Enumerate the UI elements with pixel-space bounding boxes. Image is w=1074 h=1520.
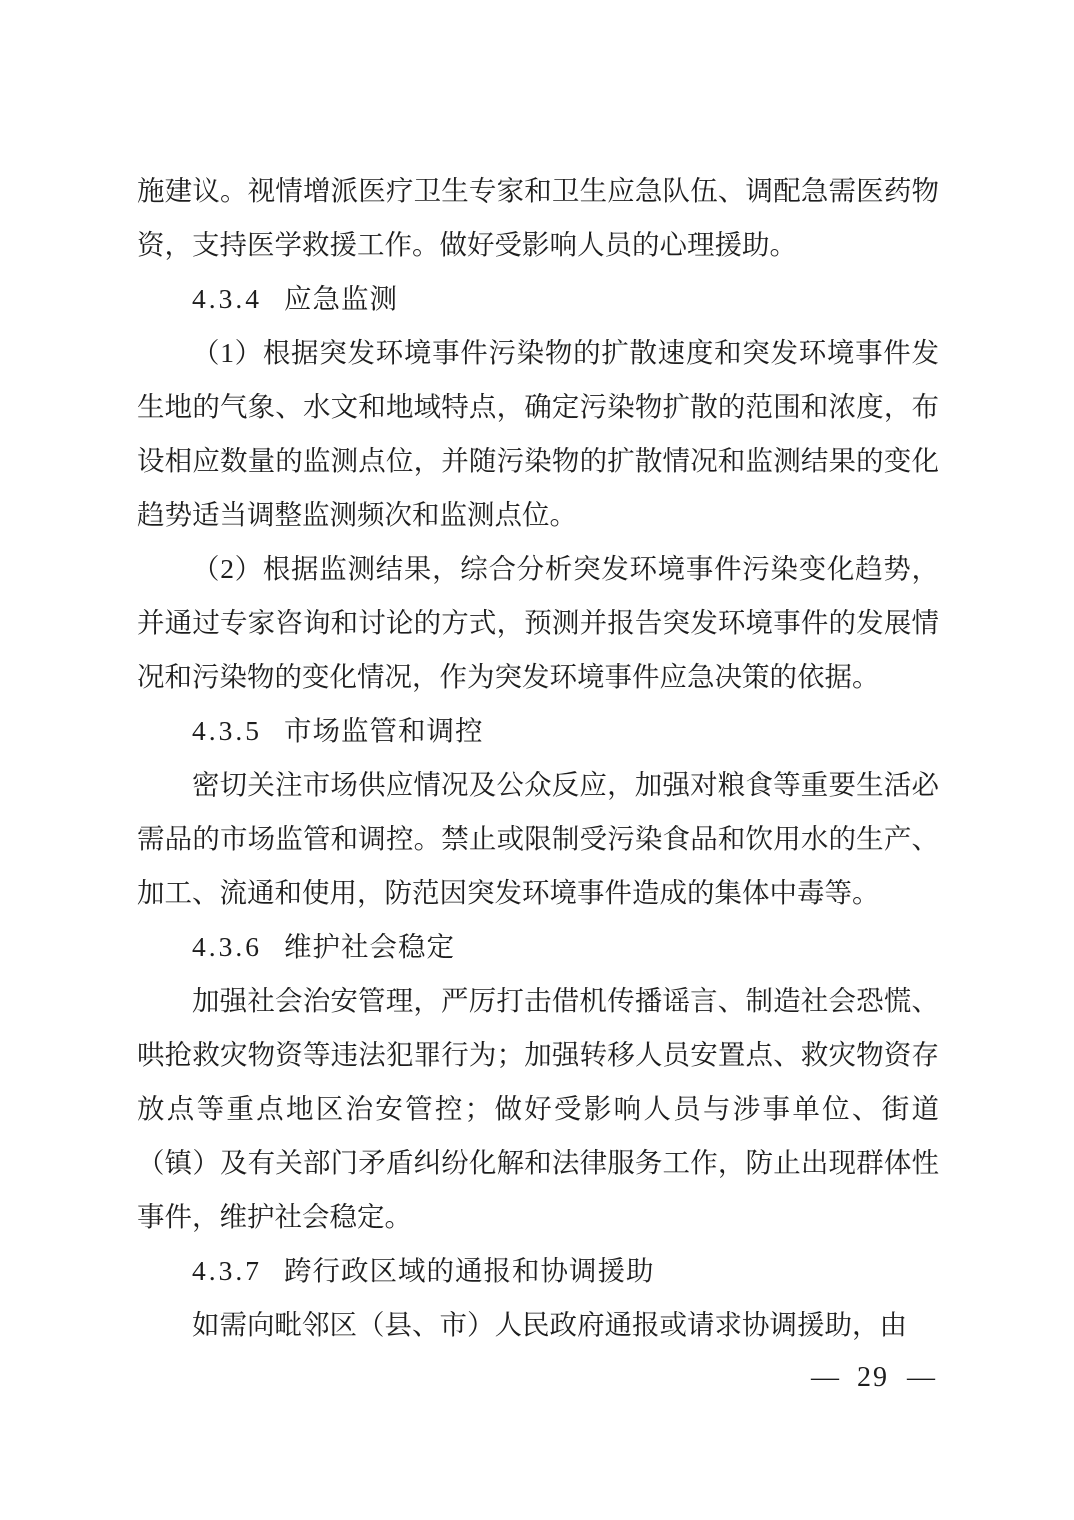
section-title: 维护社会稳定 (284, 931, 455, 962)
section-number: 4.3.5 (192, 715, 262, 746)
paragraph-emergency-monitoring-2: （2）根据监测结果，综合分析突发环境事件污染变化趋势，并通过专家咨询和讨论的方式… (137, 542, 939, 704)
footer-left-dash: — (811, 1358, 839, 1398)
section-number: 4.3.4 (192, 283, 262, 314)
paragraph-social-stability: 加强社会治安管理，严厉打击借机传播谣言、制造社会恐慌、哄抢救灾物资等违法犯罪行为… (137, 974, 939, 1244)
paragraph-market-regulation: 密切关注市场供应情况及公众反应，加强对粮食等重要生活必需品的市场监管和调控。禁止… (137, 758, 939, 920)
paragraph-cross-region-notification: 如需向毗邻区（县、市）人民政府通报或请求协调援助，由 (137, 1298, 939, 1352)
section-heading-4-3-5: 4.3.5市场监管和调控 (137, 704, 939, 758)
page-number: 29 (857, 1358, 889, 1398)
paragraph-emergency-monitoring-1: （1）根据突发环境事件污染物的扩散速度和突发环境事件发生地的气象、水文和地域特点… (137, 326, 939, 542)
section-title: 跨行政区域的通报和协调援助 (284, 1255, 655, 1286)
section-heading-4-3-4: 4.3.4应急监测 (137, 272, 939, 326)
footer-right-dash: — (907, 1358, 935, 1398)
page-footer: —29— (811, 1358, 935, 1398)
section-number: 4.3.6 (192, 931, 262, 962)
section-heading-4-3-6: 4.3.6维护社会稳定 (137, 920, 939, 974)
section-heading-4-3-7: 4.3.7跨行政区域的通报和协调援助 (137, 1244, 939, 1298)
section-number: 4.3.7 (192, 1255, 262, 1286)
paragraph-continuation: 施建议。视情增派医疗卫生专家和卫生应急队伍、调配急需医药物资，支持医学救援工作。… (137, 164, 939, 272)
page-body-text: 施建议。视情增派医疗卫生专家和卫生应急队伍、调配急需医药物资，支持医学救援工作。… (137, 164, 939, 1352)
section-title: 应急监测 (284, 283, 398, 314)
document-page: 施建议。视情增派医疗卫生专家和卫生应急队伍、调配急需医药物资，支持医学救援工作。… (0, 0, 1074, 1520)
section-title: 市场监管和调控 (284, 715, 484, 746)
